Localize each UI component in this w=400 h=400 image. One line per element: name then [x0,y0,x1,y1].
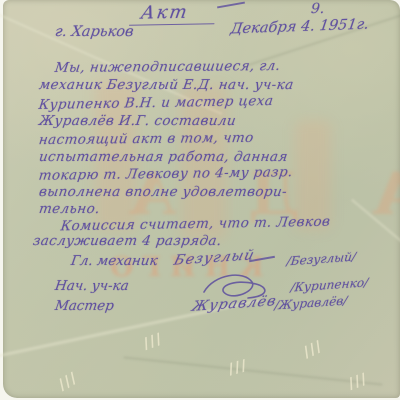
scanned-document: А Д А КНИГО /// /// /// /// /// 9. Акт г… [0,0,400,400]
handwritten-line: Комиссия считает, что т. Левков [60,214,332,235]
hatch-mark: /// [226,356,249,378]
handwritten-line: механик Безуглый Е.Д. нач. уч-ка [38,77,295,93]
handwritten-line: Курипенко В.Н. и мастер цеха [38,93,275,113]
place-line: г. Харьков [54,24,135,40]
hatch-mark: /// [55,368,81,393]
hatch-mark: /// [141,329,165,353]
signature-name: /Журавлёв/ [274,294,348,313]
ink-flourish [217,2,245,9]
handwritten-line: испытательная работа, данная [38,149,289,165]
signature-role: Нач. уч-ка [54,278,130,294]
signature-name: /Курипенко/ [290,275,369,294]
hatch-mark: /// [346,369,370,393]
signature-role: Гл. механик [70,253,159,269]
document-heading: Акт [129,1,218,25]
paper-crease [124,356,383,385]
signature-name: /Безуглый/ [286,250,357,269]
handwritten-line: заслуживает 4 разряда. [32,233,223,249]
handwritten-line: Мы, нижеподписавшиеся, гл. [54,58,282,76]
paper-sheet: А Д А КНИГО /// /// /// /// /// 9. Акт г… [3,0,400,398]
signature-script: Безуглый [172,247,256,268]
date-line: Декабря 4. 1951г. [229,17,369,38]
handwritten-line: токарю т. Левкову по 4-му разр. [38,164,294,184]
page-number: 9. [310,1,324,17]
handwritten-line: выполнена вполне удовлетвори- [38,184,288,200]
hatch-mark: /// [300,337,325,362]
handwritten-line: тельно. [38,201,101,217]
signature-role: Мастер [54,298,115,314]
handwritten-line: Журавлёв И.Г. составили [38,113,237,129]
handwritten-line: настоящий акт в том, что [38,130,255,148]
